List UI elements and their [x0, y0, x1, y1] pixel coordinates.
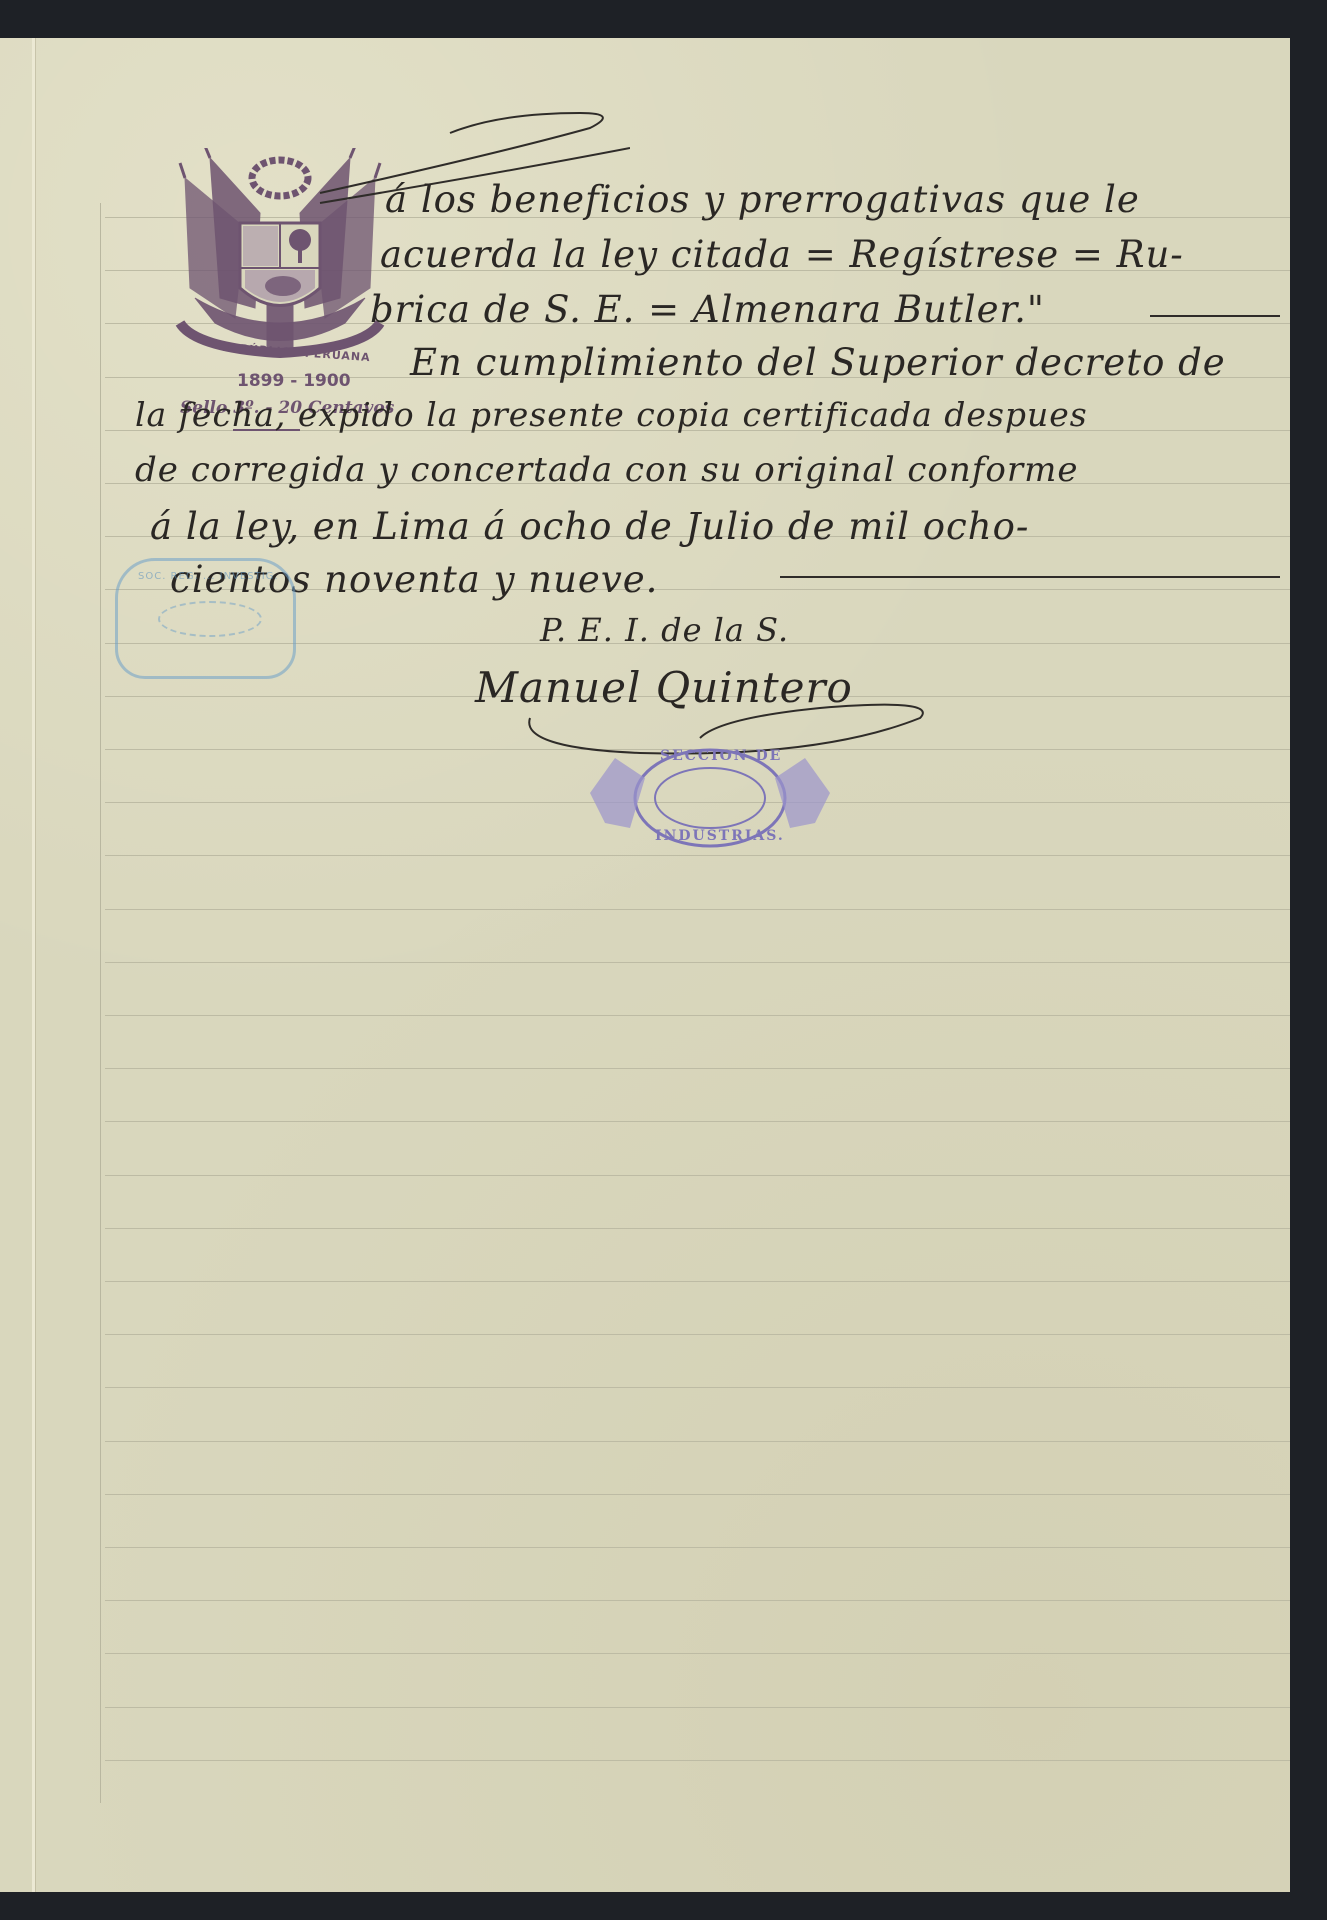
ruled-line [105, 1494, 1290, 1495]
margin-rule [100, 203, 101, 1803]
ruled-line [105, 1760, 1290, 1761]
blue-ink-stamp: SOC. REG. ... INVESTIG. [115, 558, 296, 679]
signature-title: P. E. I. de la S. [540, 611, 789, 649]
years-label: 1899 - 1900 [237, 371, 351, 391]
ruled-line [105, 1334, 1290, 1335]
line-filler [780, 576, 1280, 578]
text-line-2: acuerda la ley citada = Regístrese = Ru- [380, 233, 1184, 276]
text-line-6: de corregida y concertada con su origina… [135, 450, 1078, 490]
text-line-5: la fecha, expido la presente copia certi… [135, 395, 1088, 434]
text-line-1: á los beneficios y prerrogativas que le [385, 178, 1140, 221]
ruled-line [105, 1387, 1290, 1388]
ruled-line [105, 1121, 1290, 1122]
ruled-line [105, 1653, 1290, 1654]
seccion-de-industrias-stamp: SECCION DE INDUSTRIAS. [590, 738, 830, 858]
fold-crease [32, 38, 35, 1892]
document-page: REPÚBLICA PERUANA 1899 - 1900 Sello 3º. … [0, 38, 1290, 1892]
line-filler [1150, 315, 1280, 317]
text-line-3: brica de S. E. = Almenara Butler." [370, 288, 1045, 331]
ruled-line [105, 962, 1290, 963]
text-line-7: á la ley, en Lima á ocho de Julio de mil… [150, 505, 1029, 548]
ruled-line [105, 1228, 1290, 1229]
ruled-line [105, 909, 1290, 910]
ruled-line [105, 1547, 1290, 1548]
ruled-line [105, 1441, 1290, 1442]
ruled-line [105, 1175, 1290, 1176]
ruled-line [105, 1600, 1290, 1601]
text-line-4: En cumplimiento del Superior decreto de [410, 341, 1226, 384]
ruled-line [105, 1015, 1290, 1016]
ruled-line [105, 1707, 1290, 1708]
ruled-line [105, 1281, 1290, 1282]
ruled-line [105, 1068, 1290, 1069]
